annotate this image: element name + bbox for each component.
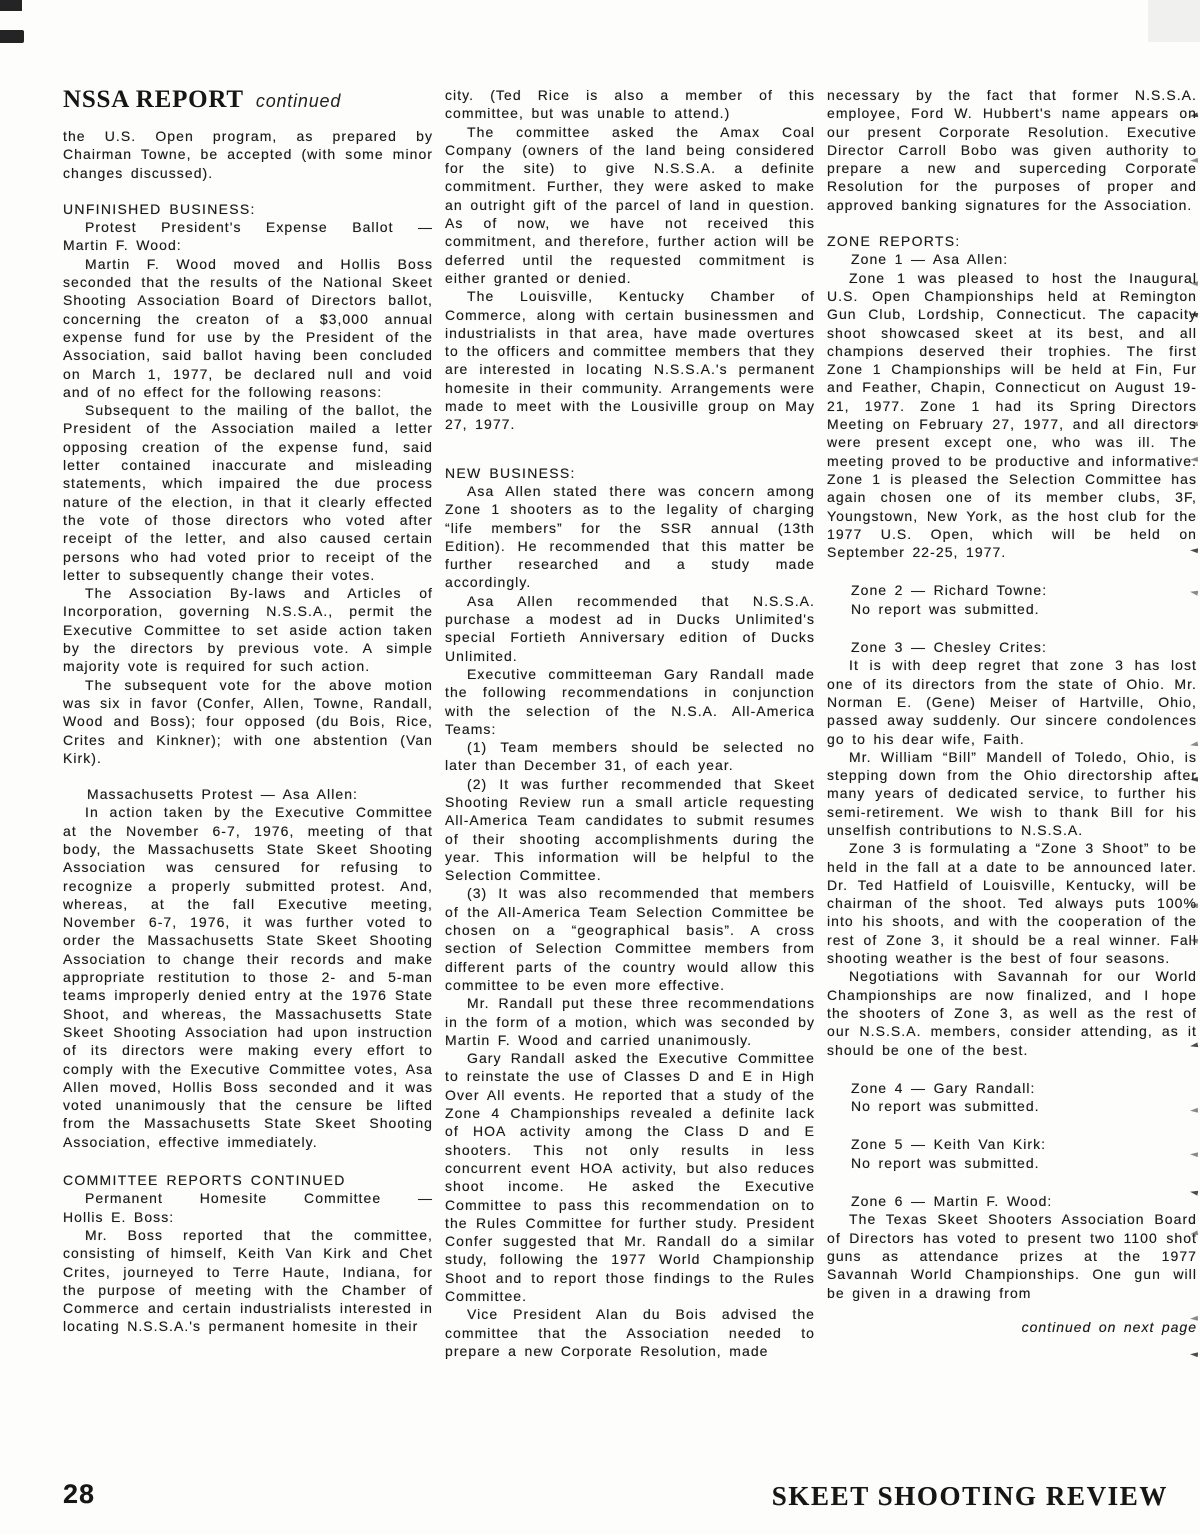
scan-patch <box>1148 0 1200 42</box>
magazine-title: SKEET SHOOTING REVIEW <box>772 1481 1168 1512</box>
page-content: NSSA REPORTcontinued the U.S. Open progr… <box>63 86 1197 1360</box>
zone-report-heading: Zone 2 — Richard Towne:No report was sub… <box>827 581 1197 618</box>
text-line: Zone 2 — Richard Towne: <box>851 581 1197 599</box>
zone-report-heading: Zone 4 — Gary Randall:No report was subm… <box>827 1079 1197 1116</box>
zone-report-heading: Zone 6 — Martin F. Wood: <box>827 1192 1197 1210</box>
section-heading: NEW BUSINESS: <box>445 464 815 482</box>
section-heading: UNFINISHED BUSINESS: <box>63 200 433 218</box>
paragraph: Subsequent to the mailing of the ballot,… <box>63 401 433 584</box>
page-number: 28 <box>63 1479 95 1510</box>
section-heading: COMMITTEE REPORTS CONTINUED <box>63 1171 433 1189</box>
text-line: Massachusetts Protest — Asa Allen: <box>87 785 433 803</box>
text-line: Hollis E. Boss: <box>63 1208 433 1226</box>
column-1-text: the U.S. Open program, as prepared by Ch… <box>63 127 433 1336</box>
paragraph: Mr. Randall put these three recommendati… <box>445 994 815 1049</box>
paragraph: Zone 3 is formulating a “Zone 3 Shoot” t… <box>827 839 1197 967</box>
zone-report-heading: Zone 3 — Chesley Crites: <box>827 638 1197 656</box>
paragraph: Mr. Boss reported that the committee, co… <box>63 1226 433 1336</box>
subheading: Protest President's Expense Ballot —Mart… <box>63 218 433 255</box>
column-3: necessary by the fact that former N.S.S.… <box>827 86 1197 1360</box>
paragraph: The Texas Skeet Shooters Association Boa… <box>827 1210 1197 1301</box>
article-title: NSSA REPORT <box>63 86 244 113</box>
paragraph: (2) It was further recommended that Skee… <box>445 775 815 885</box>
text-line: No report was submitted. <box>851 1154 1197 1172</box>
zone-report-heading: Zone 5 — Keith Van Kirk:No report was su… <box>827 1135 1197 1172</box>
column-1: NSSA REPORTcontinued the U.S. Open progr… <box>63 86 433 1360</box>
paragraph: The subsequent vote for the above motion… <box>63 676 433 767</box>
paragraph: Negotiations with Savannah for our World… <box>827 967 1197 1058</box>
paragraph: Martin F. Wood moved and Hollis Boss sec… <box>63 255 433 401</box>
magazine-page: NSSA REPORTcontinued the U.S. Open progr… <box>0 0 1200 1535</box>
text-line: Zone 1 — Asa Allen: <box>851 250 1197 268</box>
paragraph-continuation: city. (Ted Rice is also a member of this… <box>445 86 815 123</box>
paragraph: Executive committeeman Gary Randall made… <box>445 665 815 738</box>
text-line: Zone 5 — Keith Van Kirk: <box>851 1135 1197 1153</box>
continued-note: continued on next page <box>827 1318 1197 1336</box>
paragraph: Mr. William “Bill” Mandell of Toledo, Oh… <box>827 748 1197 839</box>
column-2-text: city. (Ted Rice is also a member of this… <box>445 86 815 1360</box>
text-line: Protest President's Expense Ballot — <box>63 218 433 236</box>
paragraph: Gary Randall asked the Executive Committ… <box>445 1049 815 1305</box>
paragraph: It is with deep regret that zone 3 has l… <box>827 656 1197 747</box>
paragraph: In action taken by the Executive Committ… <box>63 803 433 1151</box>
paragraph: Asa Allen recommended that N.S.S.A. purc… <box>445 592 815 665</box>
column-2: city. (Ted Rice is also a member of this… <box>445 86 815 1360</box>
paragraph: Asa Allen stated there was concern among… <box>445 482 815 592</box>
text-line: Permanent Homesite Committee — <box>63 1189 433 1207</box>
paragraph: Vice President Alan du Bois advised the … <box>445 1305 815 1360</box>
paragraph: The Association By-laws and Articles of … <box>63 584 433 675</box>
scan-mark <box>0 30 24 43</box>
text-line: No report was submitted. <box>851 600 1197 618</box>
text-line: Zone 3 — Chesley Crites: <box>851 638 1197 656</box>
paragraph-continuation: the U.S. Open program, as prepared by Ch… <box>63 127 433 182</box>
paragraph: (1) Team members should be selected no l… <box>445 738 815 775</box>
zone-report-heading: Zone 1 — Asa Allen: <box>827 250 1197 268</box>
column-3-text: necessary by the fact that former N.S.S.… <box>827 86 1197 1336</box>
paragraph: The committee asked the Amax Coal Compan… <box>445 123 815 288</box>
continued-label: continued <box>256 91 341 111</box>
paragraph: The Louisville, Kentucky Chamber of Comm… <box>445 287 815 433</box>
paragraph: (3) It was also recommended that members… <box>445 884 815 994</box>
text-line: Martin F. Wood: <box>63 236 433 254</box>
scan-mark <box>0 0 22 11</box>
text-line: No report was submitted. <box>851 1097 1197 1115</box>
article-header: NSSA REPORTcontinued <box>63 86 433 114</box>
subheading: Permanent Homesite Committee —Hollis E. … <box>63 1189 433 1226</box>
paragraph-continuation: necessary by the fact that former N.S.S.… <box>827 86 1197 214</box>
text-line: Zone 6 — Martin F. Wood: <box>851 1192 1197 1210</box>
section-heading: ZONE REPORTS: <box>827 232 1197 250</box>
paragraph: Zone 1 was pleased to host the Inaugural… <box>827 269 1197 562</box>
text-line: Zone 4 — Gary Randall: <box>851 1079 1197 1097</box>
zone-report-heading: Massachusetts Protest — Asa Allen: <box>63 785 433 803</box>
